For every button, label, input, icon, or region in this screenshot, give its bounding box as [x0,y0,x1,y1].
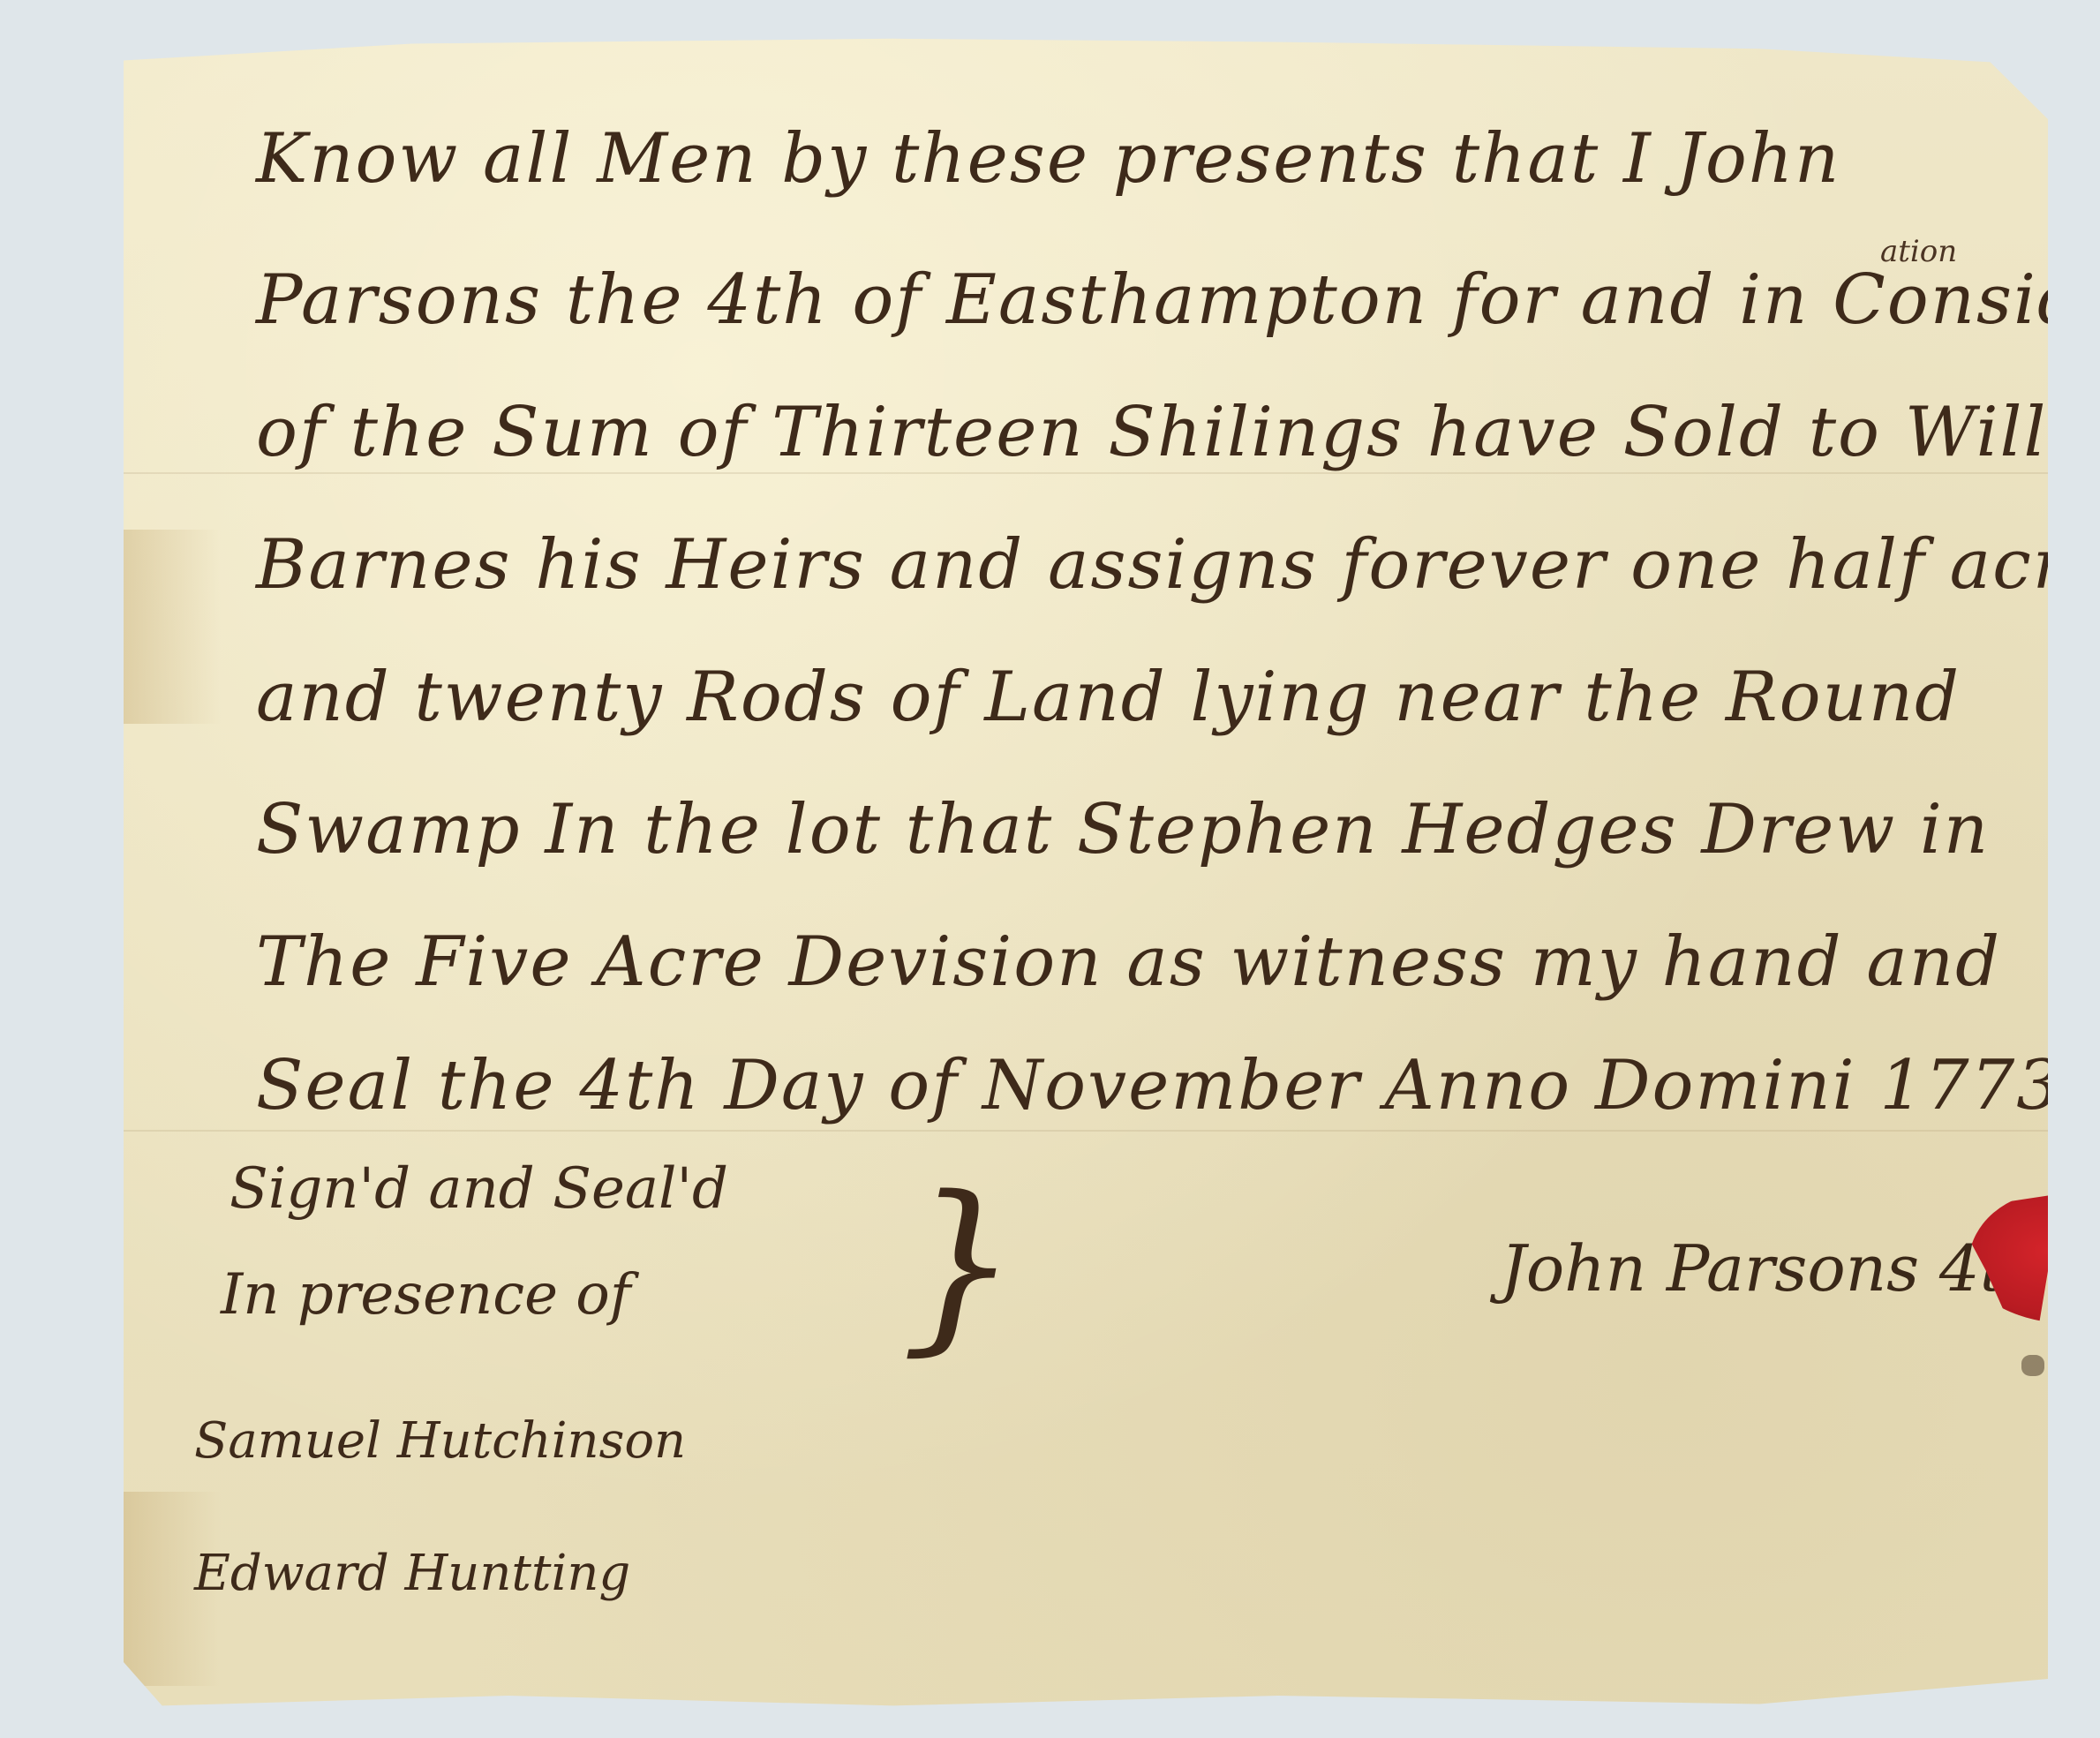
deed-line-7: The Five Acre Devision as witness my han… [256,922,2001,1002]
fold-line [124,1130,2048,1132]
attestation-signed-sealed: Sign'd and Seal'd [230,1156,728,1222]
deed-line-3: of the Sum of Thirteen Shilings have Sol… [256,393,2071,472]
deed-line-6: Swamp In the lot that Stephen Hedges Dre… [256,790,1990,869]
deed-line-8: Seal the 4th Day of November Anno Domini… [256,1046,2062,1125]
deed-line-2: Parsons the 4th of Easthampton for and i… [256,260,2100,340]
fold-line [124,472,2048,474]
water-stain [124,530,221,724]
witness-edward-huntting: Edward Huntting [194,1545,630,1602]
attestation-in-presence: In presence of [221,1262,631,1328]
witness-samuel-hutchinson: Samuel Hutchinson [194,1412,686,1470]
deed-line-1: Know all Men by these presents that I Jo… [256,119,1840,199]
ink-blot [2021,1355,2044,1376]
deed-line-4: Barnes his Heirs and assigns forever one… [256,525,2100,605]
brace-glyph: } [900,1156,1019,1373]
deed-paper: Know all Men by these presents that I Jo… [124,35,2048,1712]
deed-line-5: and twenty Rods of Land lying near the R… [256,658,1961,737]
signature-john-parsons: John Parsons 4th [1501,1231,2046,1305]
